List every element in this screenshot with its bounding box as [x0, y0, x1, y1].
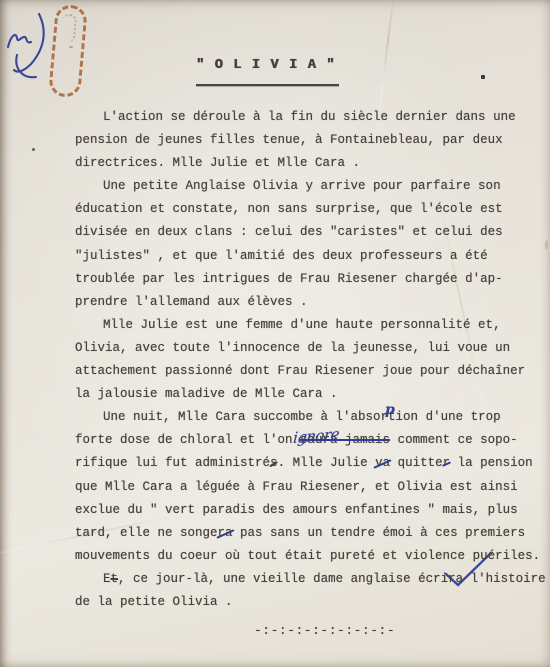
typed-text: Mlle Julie est une femme d'une haute per… [103, 314, 501, 337]
typed-line: Olivia, avec toute l'innocence de la jeu… [75, 337, 545, 360]
typed-text-struck: t [111, 568, 119, 591]
typed-body: L'action se déroule à la fin du siècle d… [75, 106, 545, 614]
typed-line: mouvements du coeur où tout était pureté… [75, 545, 545, 568]
typed-line: rifique lui fut administrés. Mlle Julie … [75, 452, 545, 475]
typed-text: divisée en deux clans : celui des "caris… [75, 221, 503, 244]
typed-text: "julistes" , et que l'amitié des deux pr… [75, 245, 488, 268]
typed-text: attachement passionné dont Frau Riesener… [75, 360, 525, 383]
typed-text: Olivia, avec toute l'innocence de la jeu… [75, 337, 510, 360]
typed-line: Mlle Julie est une femme d'une haute per… [75, 314, 545, 337]
typed-text: éducation et constate, non sans surprise… [75, 198, 503, 221]
typed-line: Une petite Anglaise Olivia y arrive pour… [75, 175, 545, 198]
typed-text: pas sans un tendre émoi à ces premiers [233, 522, 526, 545]
typed-line: Une nuit, Mlle Cara succombe à l'absorti… [75, 406, 545, 429]
typed-line: L'action se déroule à la fin du siècle d… [75, 106, 545, 129]
typed-text-struck: s [270, 452, 278, 475]
typed-text: de la petite Olivia . [75, 591, 233, 614]
typed-text: Une petite Anglaise Olivia y arrive pour… [103, 175, 501, 198]
end-divider: -:-:-:-:-:-:-:-:- [254, 623, 395, 638]
typed-text-struck: va [375, 452, 390, 475]
typed-line: attachement passionné dont Frau Riesener… [75, 360, 545, 383]
typed-text: mouvements du coeur où tout était pureté… [75, 545, 540, 568]
pen-scribble-initials [8, 14, 44, 77]
typed-text: que Mlle Cara a léguée à Frau Riesener, … [75, 476, 518, 499]
typed-text: directrices. Mlle Julie et Mlle Cara . [75, 152, 360, 175]
document-title: " O L I V I A " [196, 58, 339, 73]
typed-text: tionp [388, 406, 418, 429]
typed-text: forte dose de chloral et l'on [75, 429, 300, 452]
typed-line: prendre l'allemand aux élèves . [75, 291, 545, 314]
paper-blemish [545, 240, 548, 250]
rust-speck [69, 46, 73, 48]
typed-line: divisée en deux clans : celui des "caris… [75, 221, 545, 244]
typed-text: troublée par les intrigues de Frau Riese… [75, 268, 503, 291]
typed-line: forte dose de chloral et l'on saura jama… [75, 429, 545, 452]
paperclip-rust-mark [48, 4, 88, 98]
typed-line: éducation et constate, non sans surprise… [75, 198, 545, 221]
typed-text: pension de jeunes filles tenue, à Fontai… [75, 129, 503, 152]
typed-text: exclue du " vert paradis des amours enfa… [75, 499, 518, 522]
typed-text: Une nuit, Mlle Cara succombe à l'absor [103, 406, 388, 429]
typed-line: troublée par les intrigues de Frau Riese… [75, 268, 545, 291]
typed-line: tard, elle ne songera pas sans un tendre… [75, 522, 545, 545]
typed-text: prendre l'allemand aux élèves . [75, 291, 308, 314]
typed-line: Et, ce jour-là, une vieille dame anglais… [75, 568, 545, 591]
typed-text-struck: r [443, 452, 451, 475]
typed-text-struck: ra [218, 522, 233, 545]
document-page: " O L I V I A " L'action se déroule à la… [0, 0, 550, 667]
typed-line: exclue du " vert paradis des amours enfa… [75, 499, 545, 522]
typed-line: que Mlle Cara a léguée à Frau Riesener, … [75, 476, 545, 499]
typed-text: E [103, 568, 111, 591]
typed-text: quitte [390, 452, 443, 475]
typed-text: , ce jour-là, une vieille dame anglaise … [118, 568, 546, 591]
typed-text: d'une trop [418, 406, 501, 429]
typed-text: la pension [450, 452, 533, 475]
typed-line: pension de jeunes filles tenue, à Fontai… [75, 129, 545, 152]
typed-line: directrices. Mlle Julie et Mlle Cara . [75, 152, 545, 175]
typed-line: la jalousie maladive de Mlle Cara . [75, 383, 545, 406]
ink-speck [32, 148, 35, 151]
typed-line: "julistes" , et que l'amitié des deux pr… [75, 245, 545, 268]
typed-text-struck: saura jamaisignore [300, 429, 390, 452]
typed-line: de la petite Olivia . [75, 591, 545, 614]
title-underline [196, 84, 339, 86]
ink-speck [481, 75, 485, 79]
typed-text: rifique lui fut administré [75, 452, 270, 475]
typed-text: comment ce sopo- [390, 429, 518, 452]
typed-text: . Mlle Julie [278, 452, 376, 475]
typed-text: L'action se déroule à la fin du siècle d… [103, 106, 516, 129]
typed-text: la jalousie maladive de Mlle Cara . [75, 383, 338, 406]
typed-text: tard, elle ne songe [75, 522, 218, 545]
